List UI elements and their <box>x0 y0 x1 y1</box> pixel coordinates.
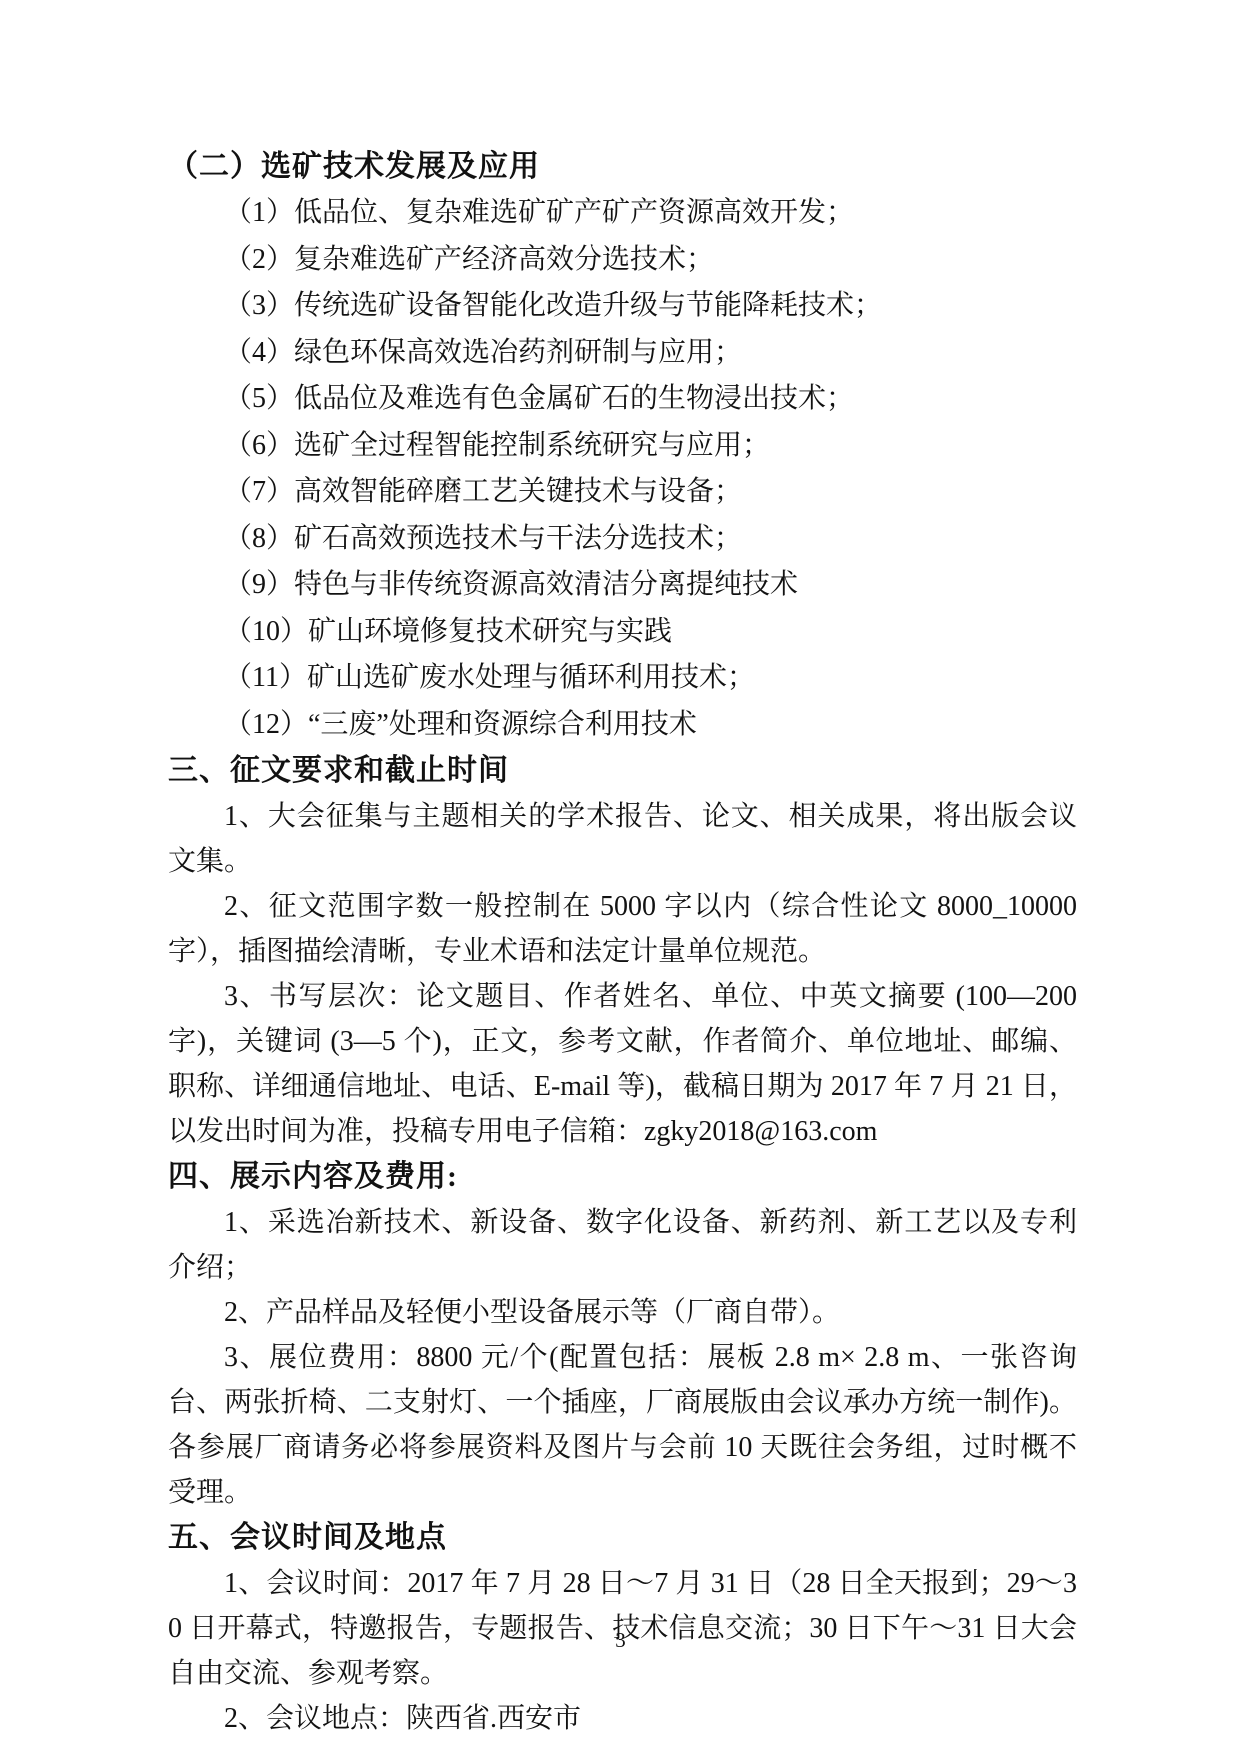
list-item: （12）“三废”处理和资源综合利用技术 <box>168 702 1077 749</box>
topic-list: （1）低品位、复杂难选矿矿产矿产资源高效开发； （2）复杂难选矿产经济高效分选技… <box>168 190 1077 748</box>
section-heading-paper-requirements: 三、征文要求和截止时间 <box>168 748 1077 794</box>
section-heading-mineral-processing: （二）选矿技术发展及应用 <box>168 144 1077 190</box>
list-item: （9）特色与非传统资源高效清洁分离提纯技术 <box>168 562 1077 609</box>
list-item: （8）矿石高效预选技术与干法分选技术； <box>168 516 1077 563</box>
paragraph: 1、大会征集与主题相关的学术报告、论文、相关成果，将出版会议文集。 <box>168 794 1077 884</box>
list-item: （6）选矿全过程智能控制系统研究与应用； <box>168 423 1077 470</box>
list-item: （3）传统选矿设备智能化改造升级与节能降耗技术； <box>168 283 1077 330</box>
list-item: （4）绿色环保高效选冶药剂研制与应用； <box>168 330 1077 377</box>
paragraph: 2、征文范围字数一般控制在 5000 字以内（综合性论文 8000_10000 … <box>168 884 1077 974</box>
paragraph: 3、展位费用：8800 元/个(配置包括：展板 2.8 m× 2.8 m、一张咨… <box>168 1335 1077 1515</box>
paragraph: 3、书写层次：论文题目、作者姓名、单位、中英文摘要 (100—200 字)，关键… <box>168 974 1077 1154</box>
list-item: （7）高效智能碎磨工艺关键技术与设备； <box>168 469 1077 516</box>
list-item: （11）矿山选矿废水处理与循环利用技术； <box>168 655 1077 702</box>
list-item: （5）低品位及难选有色金属矿石的生物浸出技术； <box>168 376 1077 423</box>
list-item: （10）矿山环境修复技术研究与实践 <box>168 609 1077 656</box>
section-heading-meeting-time-place: 五、会议时间及地点 <box>168 1515 1077 1561</box>
list-item: （2）复杂难选矿产经济高效分选技术； <box>168 237 1077 284</box>
section-heading-exhibition-fees: 四、展示内容及费用: <box>168 1154 1077 1200</box>
paragraph: 1、采选冶新技术、新设备、数字化设备、新药剂、新工艺以及专利介绍； <box>168 1200 1077 1290</box>
paragraph: 2、产品样品及轻便小型设备展示等（厂商自带）。 <box>168 1290 1077 1335</box>
document-page: （二）选矿技术发展及应用 （1）低品位、复杂难选矿矿产矿产资源高效开发； （2）… <box>0 0 1241 1755</box>
paragraph: 2、会议地点：陕西省.西安市 <box>168 1696 1077 1741</box>
page-number: 3 <box>0 1628 1241 1653</box>
list-item: （1）低品位、复杂难选矿矿产矿产资源高效开发； <box>168 190 1077 237</box>
